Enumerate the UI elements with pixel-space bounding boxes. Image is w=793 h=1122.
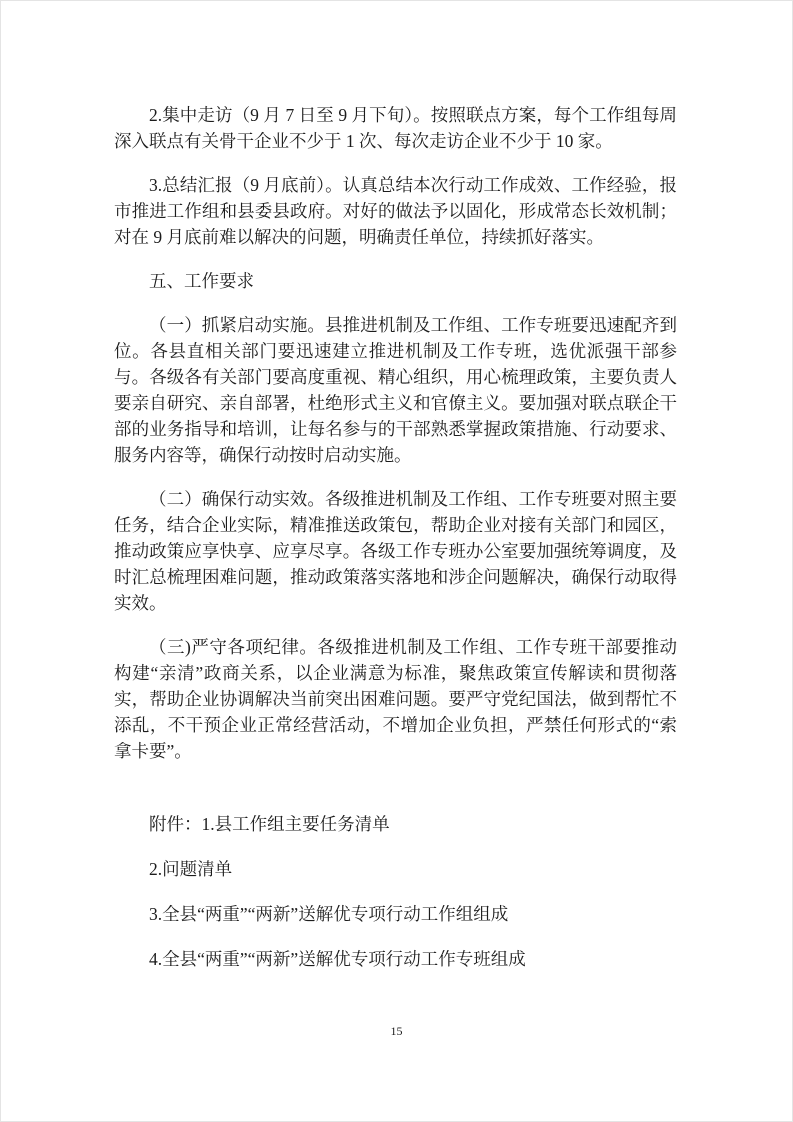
attachment-line-2: 2.问题清单 [114, 856, 677, 882]
attachment-line-3: 3.全县“两重”“两新”送解优专项行动工作组组成 [114, 901, 677, 927]
attachment-line-1: 附件：1.县工作组主要任务清单 [114, 811, 677, 837]
paragraph-requirement-2: （二）确保行动实效。各级推进机制及工作组、工作专班要对照主要任务，结合企业实际，… [114, 486, 677, 616]
paragraph-visit-schedule: 2.集中走访（9 月 7 日至 9 月下旬）。按照联点方案，每个工作组每周深入联… [114, 102, 677, 154]
section-heading-work-requirements: 五、工作要求 [114, 268, 677, 294]
paragraph-requirement-3: （三)严守各项纪律。各级推进机制及工作组、工作专班干部要推动构建“亲清”政商关系… [114, 634, 677, 764]
document-body: 2.集中走访（9 月 7 日至 9 月下旬）。按照联点方案，每个工作组每周深入联… [114, 102, 677, 991]
attachment-line-4: 4.全县“两重”“两新”送解优专项行动工作专班组成 [114, 946, 677, 972]
page-number: 15 [1, 1024, 792, 1038]
paragraph-requirement-1: （一）抓紧启动实施。县推进机制及工作组、工作专班要迅速配齐到位。各县直相关部门要… [114, 312, 677, 468]
paragraph-summary-report: 3.总结汇报（9 月底前）。认真总结本次行动工作成效、工作经验，报市推进工作组和… [114, 172, 677, 250]
document-page: 2.集中走访（9 月 7 日至 9 月下旬）。按照联点方案，每个工作组每周深入联… [0, 0, 793, 1122]
attachments-list: 附件：1.县工作组主要任务清单 2.问题清单 3.全县“两重”“两新”送解优专项… [114, 811, 677, 972]
